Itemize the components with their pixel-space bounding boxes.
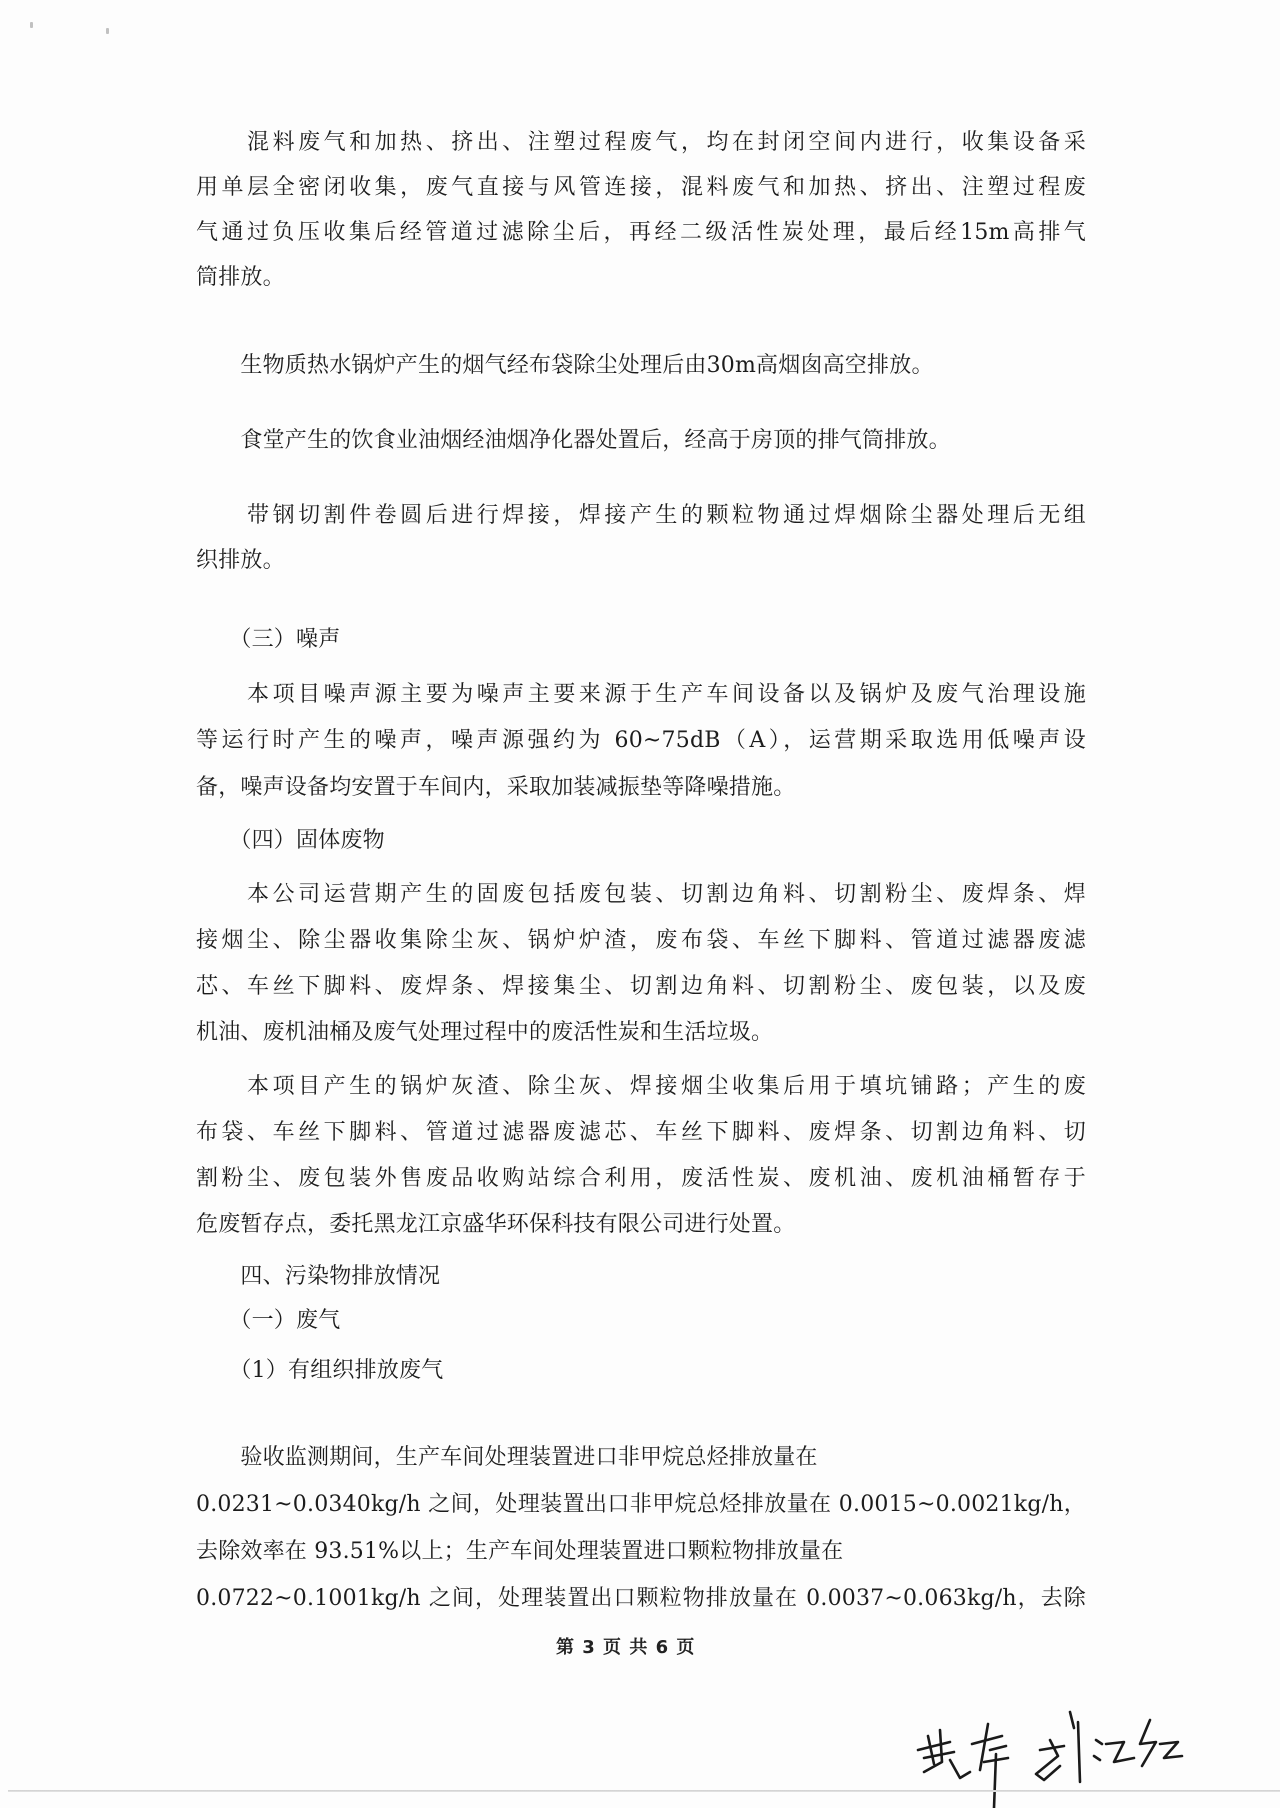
text-line: 危废暂存点，委托黑龙江京盛华环保科技有限公司进行处置。 [196, 1210, 1086, 1240]
text-line: 筒排放。 [196, 263, 1086, 293]
text-line: 用单层全密闭收集，废气直接与风管连接，混料废气和加热、挤出、注塑过程废 [196, 173, 1086, 203]
text-line: 等运行时产生的噪声，噪声源强约为 60~75dB（A），运营期采取选用低噪声设 [196, 726, 1086, 756]
page-number-footer: 第 3 页 共 6 页 [556, 1636, 695, 1660]
text-line: （四）固体废物 [196, 826, 1086, 856]
text-line: 本公司运营期产生的固废包括废包装、切割边角料、切割粉尘、废焊条、焊 [196, 880, 1086, 910]
scan-speck [30, 22, 33, 28]
text-line: 食堂产生的饮食业油烟经油烟净化器处置后，经高于房顶的排气筒排放。 [196, 426, 1086, 456]
text-line: 混料废气和加热、挤出、注塑过程废气，均在封闭空间内进行，收集设备采 [196, 128, 1086, 158]
text-line: （一）废气 [196, 1306, 1086, 1336]
text-line: 气通过负压收集后经管道过滤除尘后，再经二级活性炭处理，最后经15m高排气 [196, 218, 1086, 248]
text-line: 布袋、车丝下脚料、管道过滤器废滤芯、车丝下脚料、废焊条、切割边角料、切 [196, 1118, 1086, 1148]
text-line: 验收监测期间，生产车间处理装置进口非甲烷总烃排放量在 [196, 1443, 1086, 1473]
scan-speck [106, 28, 109, 34]
text-line: 去除效率在 93.51%以上；生产车间处理装置进口颗粒物排放量在 [196, 1537, 1086, 1567]
text-line: 0.0722~0.1001kg/h 之间，处理装置出口颗粒物排放量在 0.003… [196, 1584, 1086, 1614]
text-line: （三）噪声 [196, 625, 1086, 655]
text-line: 0.0231~0.0340kg/h 之间，处理装置出口非甲烷总烃排放量在 0.0… [196, 1490, 1086, 1520]
text-line: 割粉尘、废包装外售废品收购站综合利用，废活性炭、废机油、废机油桶暂存于 [196, 1164, 1086, 1194]
text-line: 机油、废机油桶及废气处理过程中的废活性炭和生活垃圾。 [196, 1018, 1086, 1048]
text-line: 织排放。 [196, 546, 1086, 576]
text-line: 本项目产生的锅炉灰渣、除尘灰、焊接烟尘收集后用于填坑铺路；产生的废 [196, 1072, 1086, 1102]
text-line: 接烟尘、除尘器收集除尘灰、锅炉炉渣，废布袋、车丝下脚料、管道过滤器废滤 [196, 926, 1086, 956]
text-line: 生物质热水锅炉产生的烟气经布袋除尘处理后由30m高烟囱高空排放。 [196, 351, 1086, 381]
document-page: 混料废气和加热、挤出、注塑过程废气，均在封闭空间内进行，收集设备采用单层全密闭收… [0, 0, 1280, 1808]
text-line: 备，噪声设备均安置于车间内，采取加装减振垫等降噪措施。 [196, 773, 1086, 803]
text-line: 芯、车丝下脚料、废焊条、焊接集尘、切割边角料、切割粉尘、废包装，以及废 [196, 972, 1086, 1002]
text-line: （1）有组织排放废气 [196, 1356, 1086, 1386]
scan-edge-line [8, 1790, 1280, 1792]
text-line: 本项目噪声源主要为噪声主要来源于生产车间设备以及锅炉及废气治理设施 [196, 680, 1086, 710]
text-line: 四、污染物排放情况 [196, 1262, 1086, 1292]
text-line: 带钢切割件卷圆后进行焊接，焊接产生的颗粒物通过焊烟除尘器处理后无组 [196, 501, 1086, 531]
